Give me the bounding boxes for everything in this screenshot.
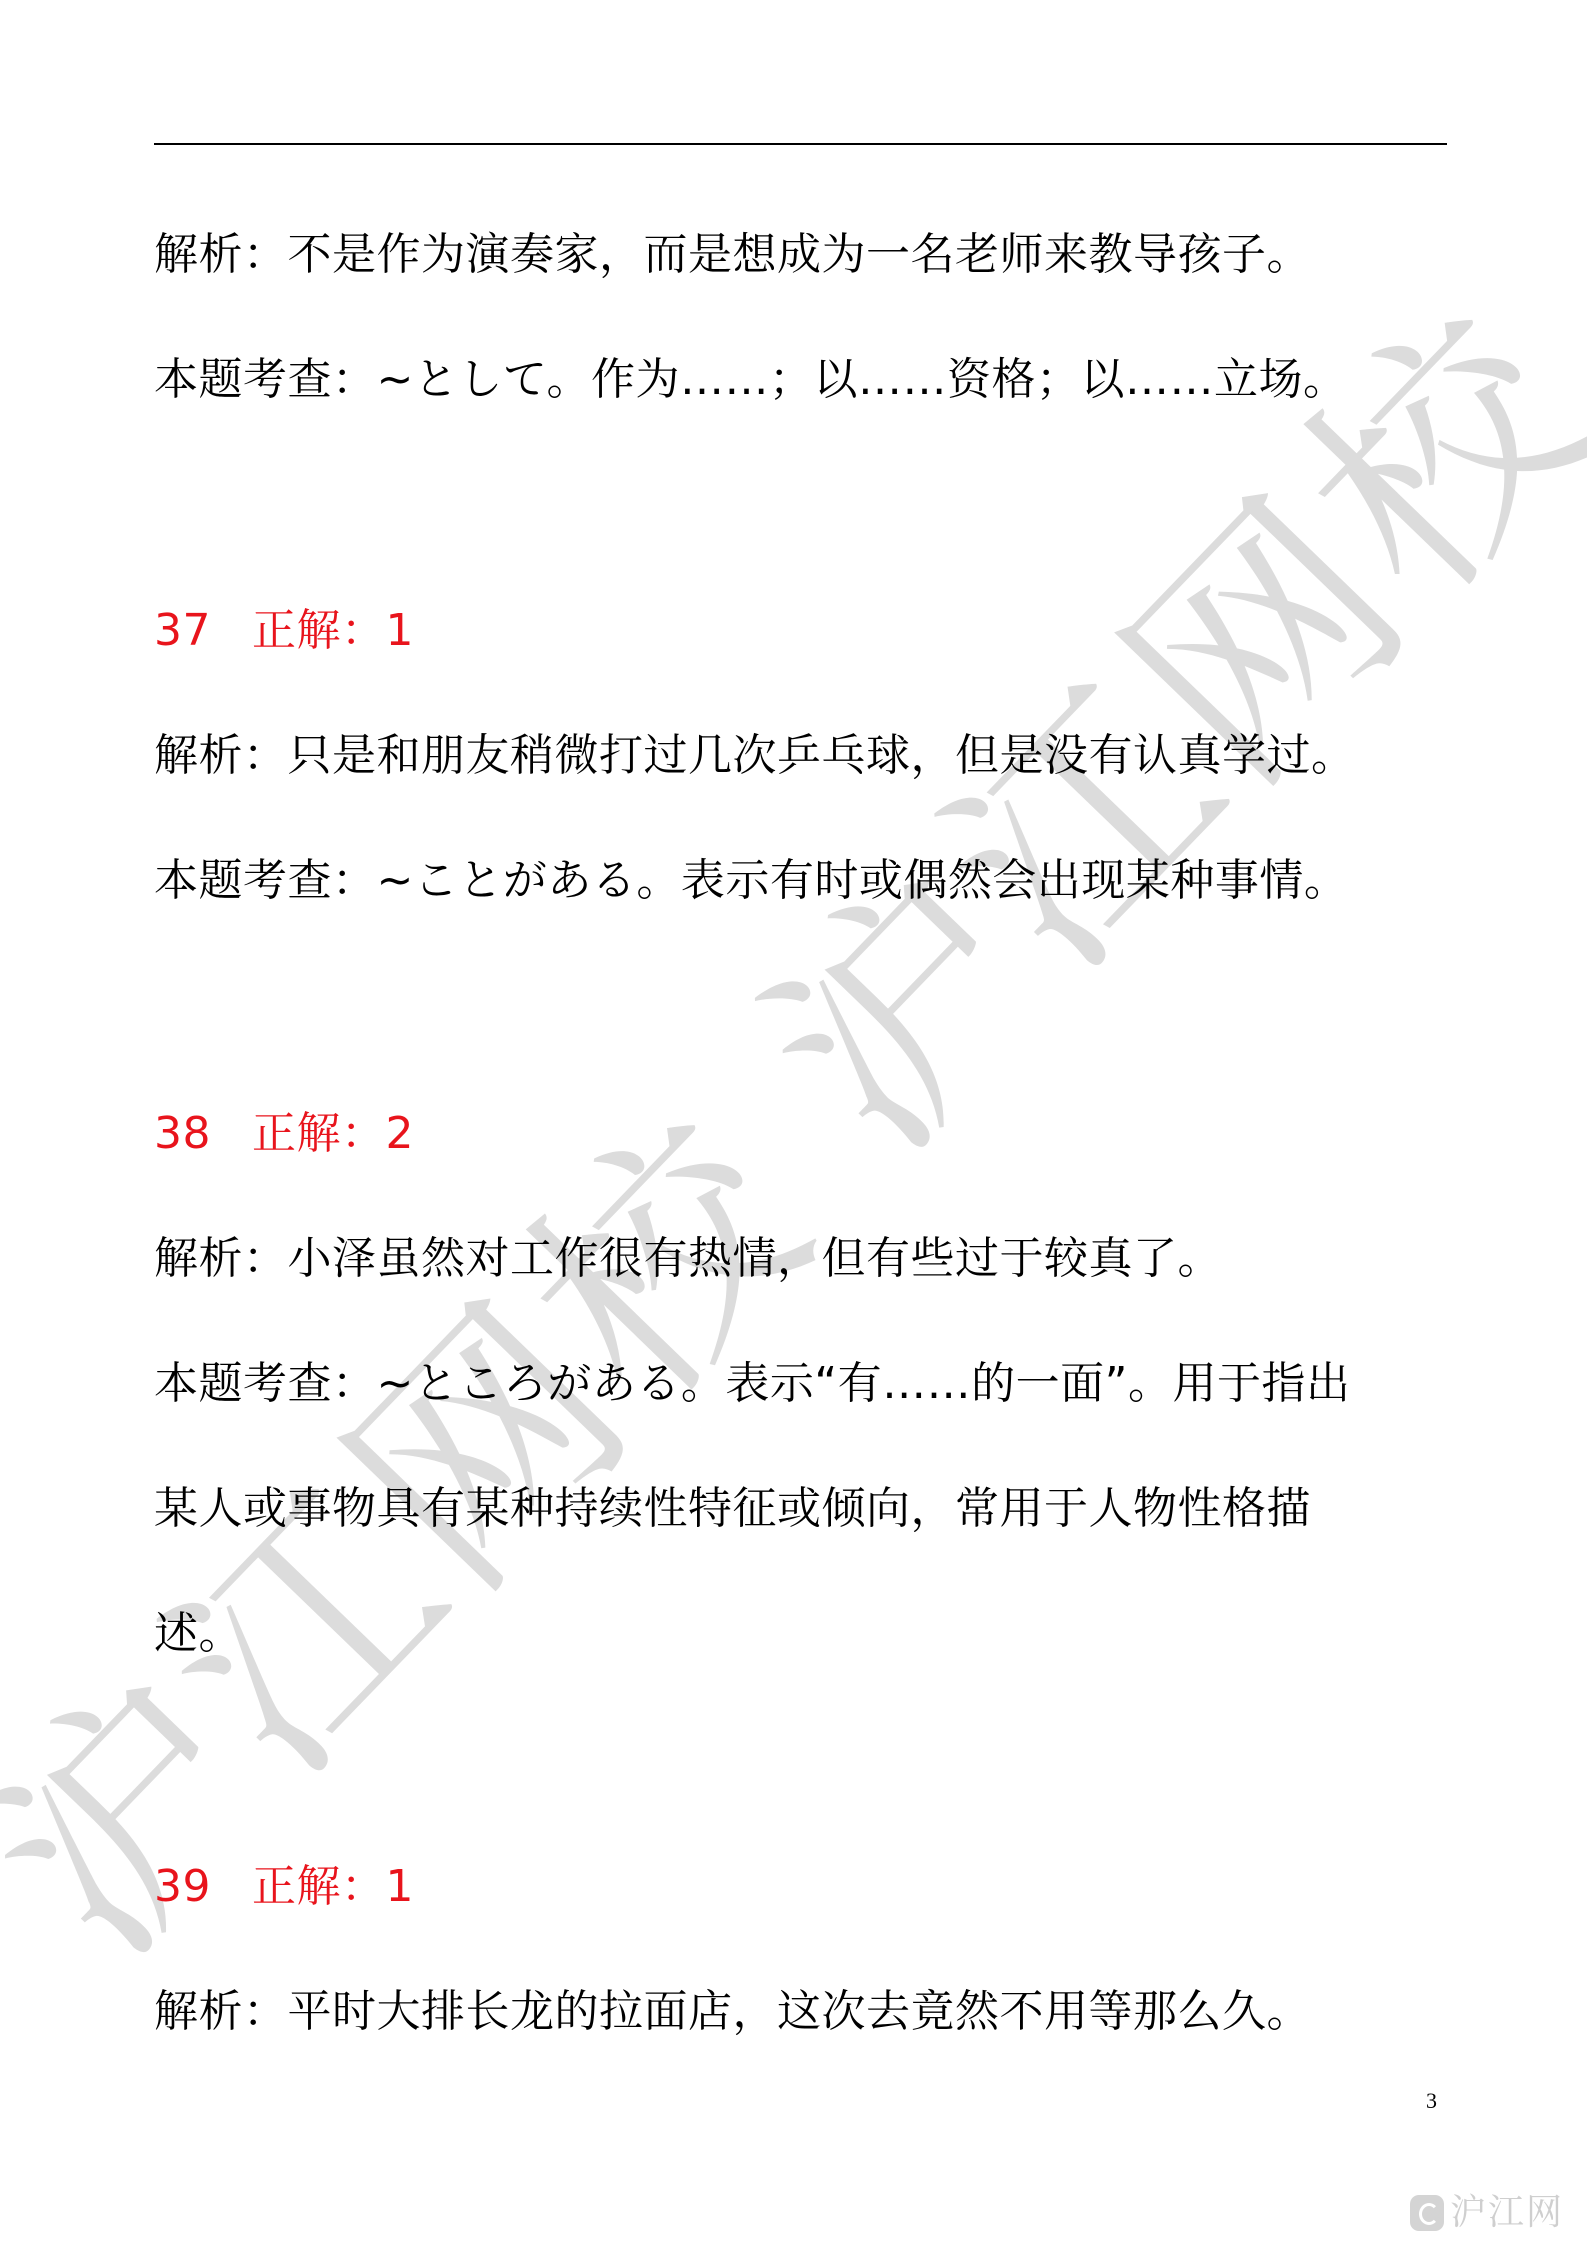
answer-label: 正解：1 (252, 1861, 414, 1912)
grammar-point-line: 本题考查：~として。作为……；以……资格；以……立场。 (154, 356, 1348, 404)
page-number: 3 (1426, 2088, 1437, 2114)
answer-heading-39: 39正解：1 (154, 1863, 414, 1911)
hujiang-logo: 沪江网 (1410, 2193, 1564, 2233)
hujiang-logo-icon (1410, 2195, 1444, 2231)
analysis-line: 解析：不是作为演奏家，而是想成为一名老师来教导孩子。 (154, 231, 1311, 279)
grammar-point-line-cont: 述。 (154, 1610, 243, 1658)
question-number: 37 (154, 607, 252, 655)
grammar-point-line: 本题考查：~ところがある。表示“有……的一面”。用于指出 (154, 1360, 1350, 1408)
analysis-line: 解析：只是和朋友稍微打过几次乒乓球，但是没有认真学过。 (154, 732, 1356, 780)
logo-text: 沪江网 (1450, 2193, 1564, 2233)
answer-heading-38: 38正解：2 (154, 1110, 414, 1158)
answer-label: 正解：2 (252, 1108, 414, 1159)
header-rule (154, 143, 1447, 145)
question-number: 38 (154, 1110, 252, 1158)
analysis-line: 解析：小泽虽然对工作很有热情，但有些过于较真了。 (154, 1235, 1222, 1283)
answer-label: 正解：1 (252, 605, 414, 656)
analysis-line: 解析：平时大排长龙的拉面店，这次去竟然不用等那么久。 (154, 1988, 1311, 2036)
answer-heading-37: 37正解：1 (154, 607, 414, 655)
document-page: 解析：不是作为演奏家，而是想成为一名老师来教导孩子。 本题考查：~として。作为…… (0, 0, 1587, 2245)
grammar-point-line: 本题考查：~ことがある。表示有时或偶然会出现某种事情。 (154, 857, 1348, 905)
question-number: 39 (154, 1863, 252, 1911)
grammar-point-line-cont: 某人或事物具有某种持续性特征或倾向，常用于人物性格描 (154, 1485, 1311, 1533)
